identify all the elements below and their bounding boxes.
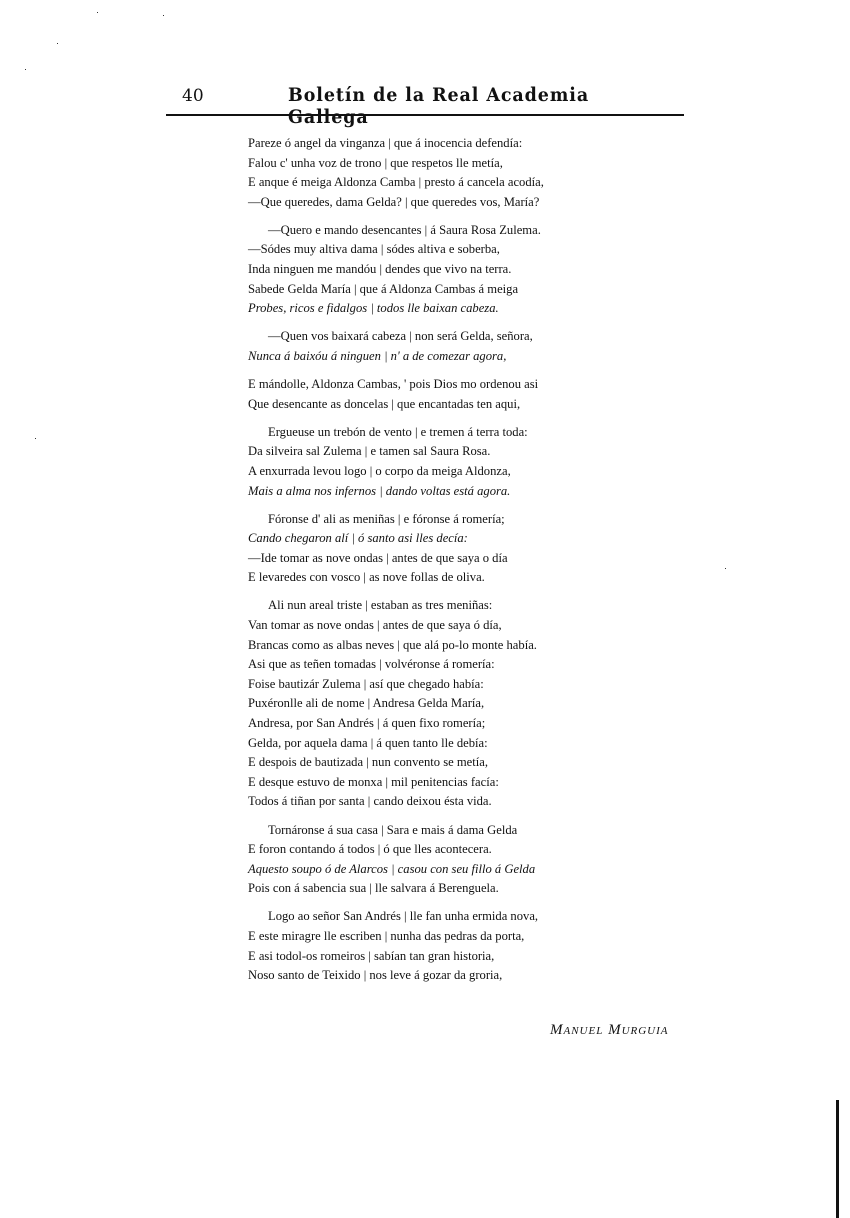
verse-line: A enxurrada levou logo | o corpo da meig… bbox=[248, 462, 668, 482]
verse-line: —Quen vos baixará cabeza | non será Geld… bbox=[248, 327, 668, 347]
stanza: Tornáronse á sua casa | Sara e mais á da… bbox=[248, 821, 668, 899]
verse-line: Ali nun areal triste | estaban as tres m… bbox=[248, 596, 668, 616]
verse-line: Aquesto soupo ó de Alarcos | casou con s… bbox=[248, 860, 668, 880]
verse-line: Ergueuse un trebón de vento | e tremen á… bbox=[248, 423, 668, 443]
verse-line: Andresa, por San Andrés | á quen fixo ro… bbox=[248, 714, 668, 734]
scan-speck bbox=[725, 568, 726, 569]
verse-line: Cando chegaron alí | ó santo asi lles de… bbox=[248, 529, 668, 549]
verse-line: Foise bautizár Zulema | así que chegado … bbox=[248, 675, 668, 695]
verse-line: Noso santo de Teixido | nos leve á gozar… bbox=[248, 966, 668, 986]
verse-line: Brancas como as albas neves | que alá po… bbox=[248, 636, 668, 656]
verse-line: Fóronse d' ali as meniñas | e fóronse á … bbox=[248, 510, 668, 530]
verse-line: Inda ninguen me mandóu | dendes que vivo… bbox=[248, 260, 668, 280]
verse-line: Logo ao señor San Andrés | lle fan unha … bbox=[248, 907, 668, 927]
verse-line: Da silveira sal Zulema | e tamen sal Sau… bbox=[248, 442, 668, 462]
verse-line: Van tomar as nove ondas | antes de que s… bbox=[248, 616, 668, 636]
verse-line: —Que queredes, dama Gelda? | que querede… bbox=[248, 193, 668, 213]
header-rule bbox=[166, 114, 684, 116]
verse-line: Todos á tiñan por santa | cando deixou é… bbox=[248, 792, 668, 812]
verse-line: Nunca á baixóu á ninguen | n' a de comez… bbox=[248, 347, 668, 367]
scan-speck bbox=[25, 69, 26, 70]
stanza: —Quen vos baixará cabeza | non será Geld… bbox=[248, 327, 668, 366]
stanza: Logo ao señor San Andrés | lle fan unha … bbox=[248, 907, 668, 985]
scan-speck bbox=[35, 438, 36, 439]
stanza: Ergueuse un trebón de vento | e tremen á… bbox=[248, 423, 668, 501]
verse-line: Pois con á sabencia sua | lle salvara á … bbox=[248, 879, 668, 899]
verse-line: Tornáronse á sua casa | Sara e mais á da… bbox=[248, 821, 668, 841]
verse-line: E foron contando á todos | ó que lles ac… bbox=[248, 840, 668, 860]
scanned-page: 40 Boletín de la Real Academia Gallega P… bbox=[0, 0, 850, 1218]
stanza: Fóronse d' ali as meniñas | e fóronse á … bbox=[248, 510, 668, 588]
verse-line: Pareze ó angel da vinganza | que á inoce… bbox=[248, 134, 668, 154]
scan-speck bbox=[97, 12, 98, 13]
verse-line: E anque é meiga Aldonza Camba | presto á… bbox=[248, 173, 668, 193]
verse-line: E este miragre lle escriben | nunha das … bbox=[248, 927, 668, 947]
page-number: 40 bbox=[182, 86, 204, 106]
verse-line: Falou c' unha voz de trono | que respeto… bbox=[248, 154, 668, 174]
verse-line: E desque estuvo de monxa | mil penitenci… bbox=[248, 773, 668, 793]
stanza: E mándolle, Aldonza Cambas, ' pois Dios … bbox=[248, 375, 668, 414]
verse-line: E mándolle, Aldonza Cambas, ' pois Dios … bbox=[248, 375, 668, 395]
verse-line: —Ide tomar as nove ondas | antes de que … bbox=[248, 549, 668, 569]
running-header: 40 Boletín de la Real Academia Gallega bbox=[168, 84, 684, 114]
author-signature: Manuel Murguia bbox=[550, 1022, 669, 1039]
verse-line: E despois de bautizada | nun convento se… bbox=[248, 753, 668, 773]
verse-line: E asi todol-os romeiros | sabían tan gra… bbox=[248, 947, 668, 967]
verse-line: Sabede Gelda María | que á Aldonza Camba… bbox=[248, 280, 668, 300]
poem-body: Pareze ó angel da vinganza | que á inoce… bbox=[248, 134, 668, 994]
verse-line: E levaredes con vosco | as nove follas d… bbox=[248, 568, 668, 588]
verse-line: Que desencante as doncelas | que encanta… bbox=[248, 395, 668, 415]
stanza: Ali nun areal triste | estaban as tres m… bbox=[248, 596, 668, 812]
verse-line: —Quero e mando desencantes | á Saura Ros… bbox=[248, 221, 668, 241]
stanza: Pareze ó angel da vinganza | que á inoce… bbox=[248, 134, 668, 212]
verse-line: —Sódes muy altiva dama | sódes altiva e … bbox=[248, 240, 668, 260]
journal-title: Boletín de la Real Academia Gallega bbox=[288, 84, 652, 128]
verse-line: Mais a alma nos infernos | dando voltas … bbox=[248, 482, 668, 502]
verse-line: Probes, ricos e fidalgos | todos lle bai… bbox=[248, 299, 668, 319]
scan-speck bbox=[163, 15, 164, 16]
verse-line: Gelda, por aquela dama | á quen tanto ll… bbox=[248, 734, 668, 754]
scan-speck bbox=[57, 43, 58, 44]
verse-line: Asi que as teñen tomadas | volvéronse á … bbox=[248, 655, 668, 675]
stanza: —Quero e mando desencantes | á Saura Ros… bbox=[248, 221, 668, 319]
scan-edge-mark bbox=[836, 1100, 839, 1218]
verse-line: Puxéronlle ali de nome | Andresa Gelda M… bbox=[248, 694, 668, 714]
